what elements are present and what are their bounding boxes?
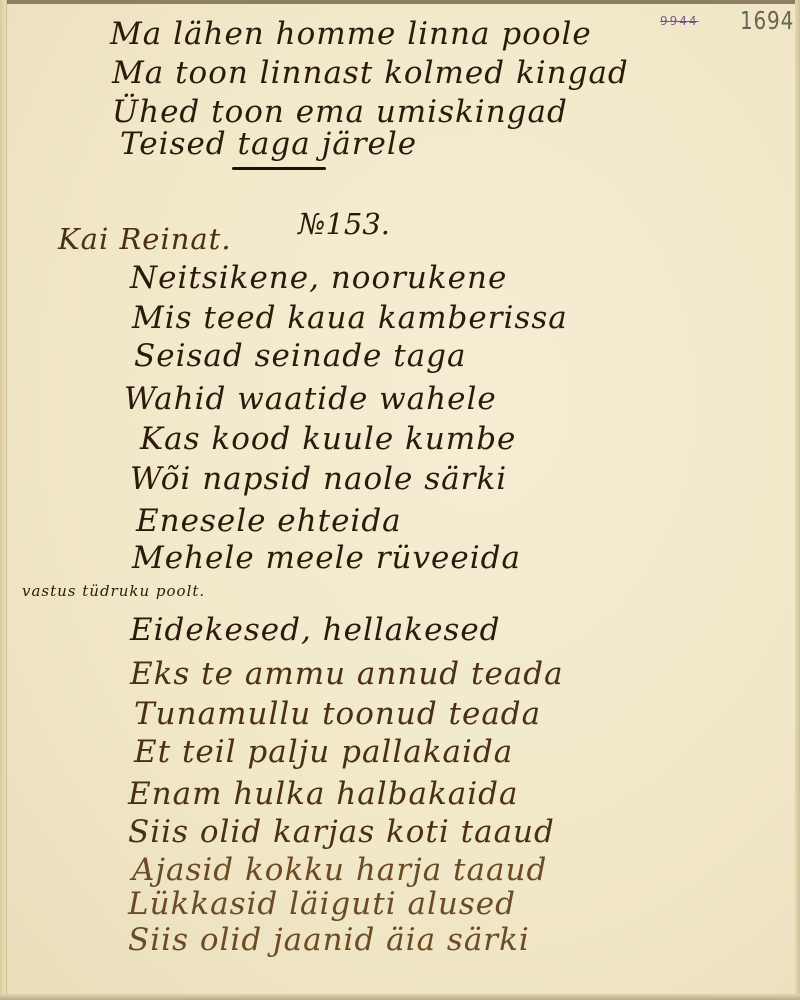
top-stanza-line-4: Teised taga järele (120, 126, 417, 162)
verse-line-7: Enesele ehteida (136, 503, 402, 539)
response-line-5: Enam hulka halbakaida (128, 776, 519, 812)
page-number: 1694 (740, 6, 794, 35)
verse-line-2: Mis teed kaua kamberissa (132, 300, 568, 336)
response-line-6: Siis olid karjas koti taaud (128, 814, 555, 850)
response-line-2: Eks te ammu annud teada (130, 656, 564, 692)
response-note: vastus tüdruku poolt. (22, 582, 205, 600)
response-line-3: Tunamullu toonud teada (134, 696, 541, 732)
verse-line-8: Mehele meele rüveeida (132, 540, 521, 576)
verse-line-3: Seisad seinade taga (134, 338, 467, 374)
song-number: №153. (298, 207, 390, 241)
response-line-9: Siis olid jaanid äia särki (128, 922, 530, 958)
page-right-edge (795, 0, 800, 1000)
song-author: Kai Reinat. (58, 222, 232, 256)
manuscript-page: 9944 1694 Ma lähen homme linna poole Ma … (0, 0, 800, 1000)
response-line-7: Ajasid kokku harja taaud (132, 852, 547, 888)
top-stanza-line-1: Ma lähen homme linna poole (110, 16, 592, 52)
page-top-edge (0, 0, 800, 4)
top-stanza-line-2: Ma toon linnast kolmed kingad (112, 55, 629, 91)
verse-line-4: Wahid waatide wahele (124, 381, 497, 417)
top-stanza-line-3: Ühed toon ema umiskingad (112, 94, 568, 130)
struck-catalog-number: 9944 (660, 14, 699, 28)
verse-line-1: Neitsikene, noorukene (130, 260, 507, 296)
response-line-1: Eidekesed, hellakesed (130, 612, 501, 648)
response-line-4: Et teil palju pallakaida (134, 734, 513, 770)
verse-line-6: Wõi napsid naole särki (130, 461, 507, 497)
response-line-8: Lükkasid läiguti alused (128, 886, 516, 922)
page-bottom-edge (0, 994, 800, 1000)
section-divider (232, 167, 326, 170)
page-left-edge (0, 0, 7, 1000)
verse-line-5: Kas kood kuule kumbe (140, 421, 516, 457)
